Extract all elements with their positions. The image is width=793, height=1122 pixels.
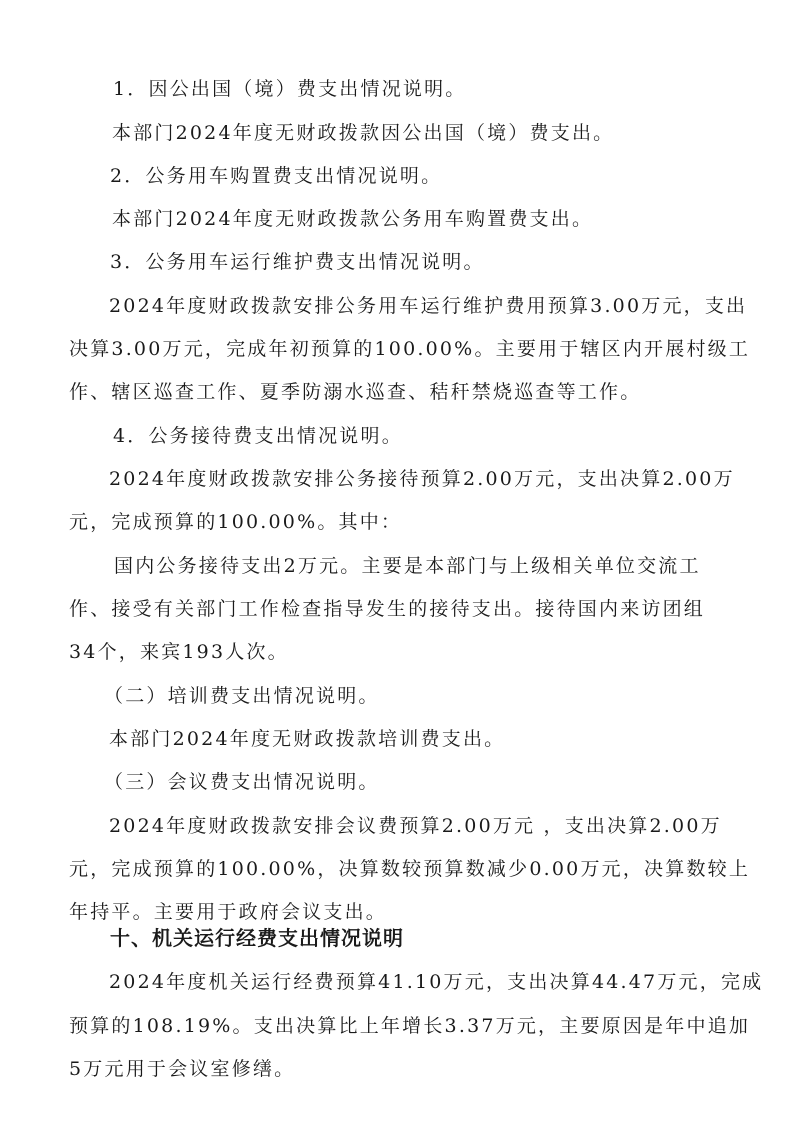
body-domestic-reception-line1: 国内公务接待支出2万元。主要是本部门与上级相关单位交流工	[114, 554, 701, 578]
body-vehicle-purchase: 本部门2024年度无财政拨款公务用车购置费支出。	[112, 207, 593, 231]
subheading-overseas-travel: 1．因公出国（境）费支出情况说明。	[113, 77, 467, 101]
body-domestic-reception-line3: 34个，来宾193人次。	[69, 640, 289, 664]
body-reception-line2: 元，完成预算的100.00%。其中：	[69, 510, 402, 534]
body-vehicle-maintenance-line2: 决算3.00万元，完成年初预算的100.00%。主要用于辖区内开展村级工	[69, 337, 750, 361]
body-domestic-reception-line2: 作、接受有关部门工作检查指导发生的接待支出。接待国内来访团组	[69, 597, 705, 621]
body-overseas-travel: 本部门2024年度无财政拨款因公出国（境）费支出。	[112, 121, 614, 145]
subheading-reception: 4．公务接待费支出情况说明。	[113, 424, 403, 448]
body-reception-line1: 2024年度财政拨款安排公务接待预算2.00万元，支出决算2.00万	[109, 467, 735, 491]
body-operating-expenses-line3: 5万元用于会议室修缮。	[69, 1057, 295, 1081]
document-page: 1．因公出国（境）费支出情况说明。 本部门2024年度无财政拨款因公出国（境）费…	[0, 0, 793, 1122]
body-meetings-line2: 元，完成预算的100.00%，决算数较预算数减少0.00万元，决算数较上	[69, 857, 750, 881]
subheading-vehicle-purchase: 2．公务用车购置费支出情况说明。	[110, 164, 442, 188]
subheading-meetings: （三）会议费支出情况说明。	[104, 770, 380, 794]
body-meetings-line3: 年持平。主要用于政府会议支出。	[69, 900, 387, 924]
body-training: 本部门2024年度无财政拨款培训费支出。	[109, 727, 505, 751]
body-operating-expenses-line1: 2024年度机关运行经费预算41.10万元，支出决算44.47万元，完成	[109, 970, 763, 994]
body-meetings-line1: 2024年度财政拨款安排会议费预算2.00万元 ，支出决算2.00万	[109, 814, 722, 838]
subheading-training: （二）培训费支出情况说明。	[104, 684, 380, 708]
body-vehicle-maintenance-line1: 2024年度财政拨款安排公务用车运行维护费用预算3.00万元，支出	[109, 294, 747, 318]
subheading-vehicle-maintenance: 3．公务用车运行维护费支出情况说明。	[110, 250, 485, 274]
body-vehicle-maintenance-line3: 作、辖区巡查工作、夏季防溺水巡查、秸秆禁烧巡查等工作。	[69, 380, 641, 404]
section-heading-operating-expenses: 十、机关运行经费支出情况说明	[110, 926, 404, 950]
body-operating-expenses-line2: 预算的108.19%。支出决算比上年增长3.37万元，主要原因是年中追加	[69, 1014, 750, 1038]
